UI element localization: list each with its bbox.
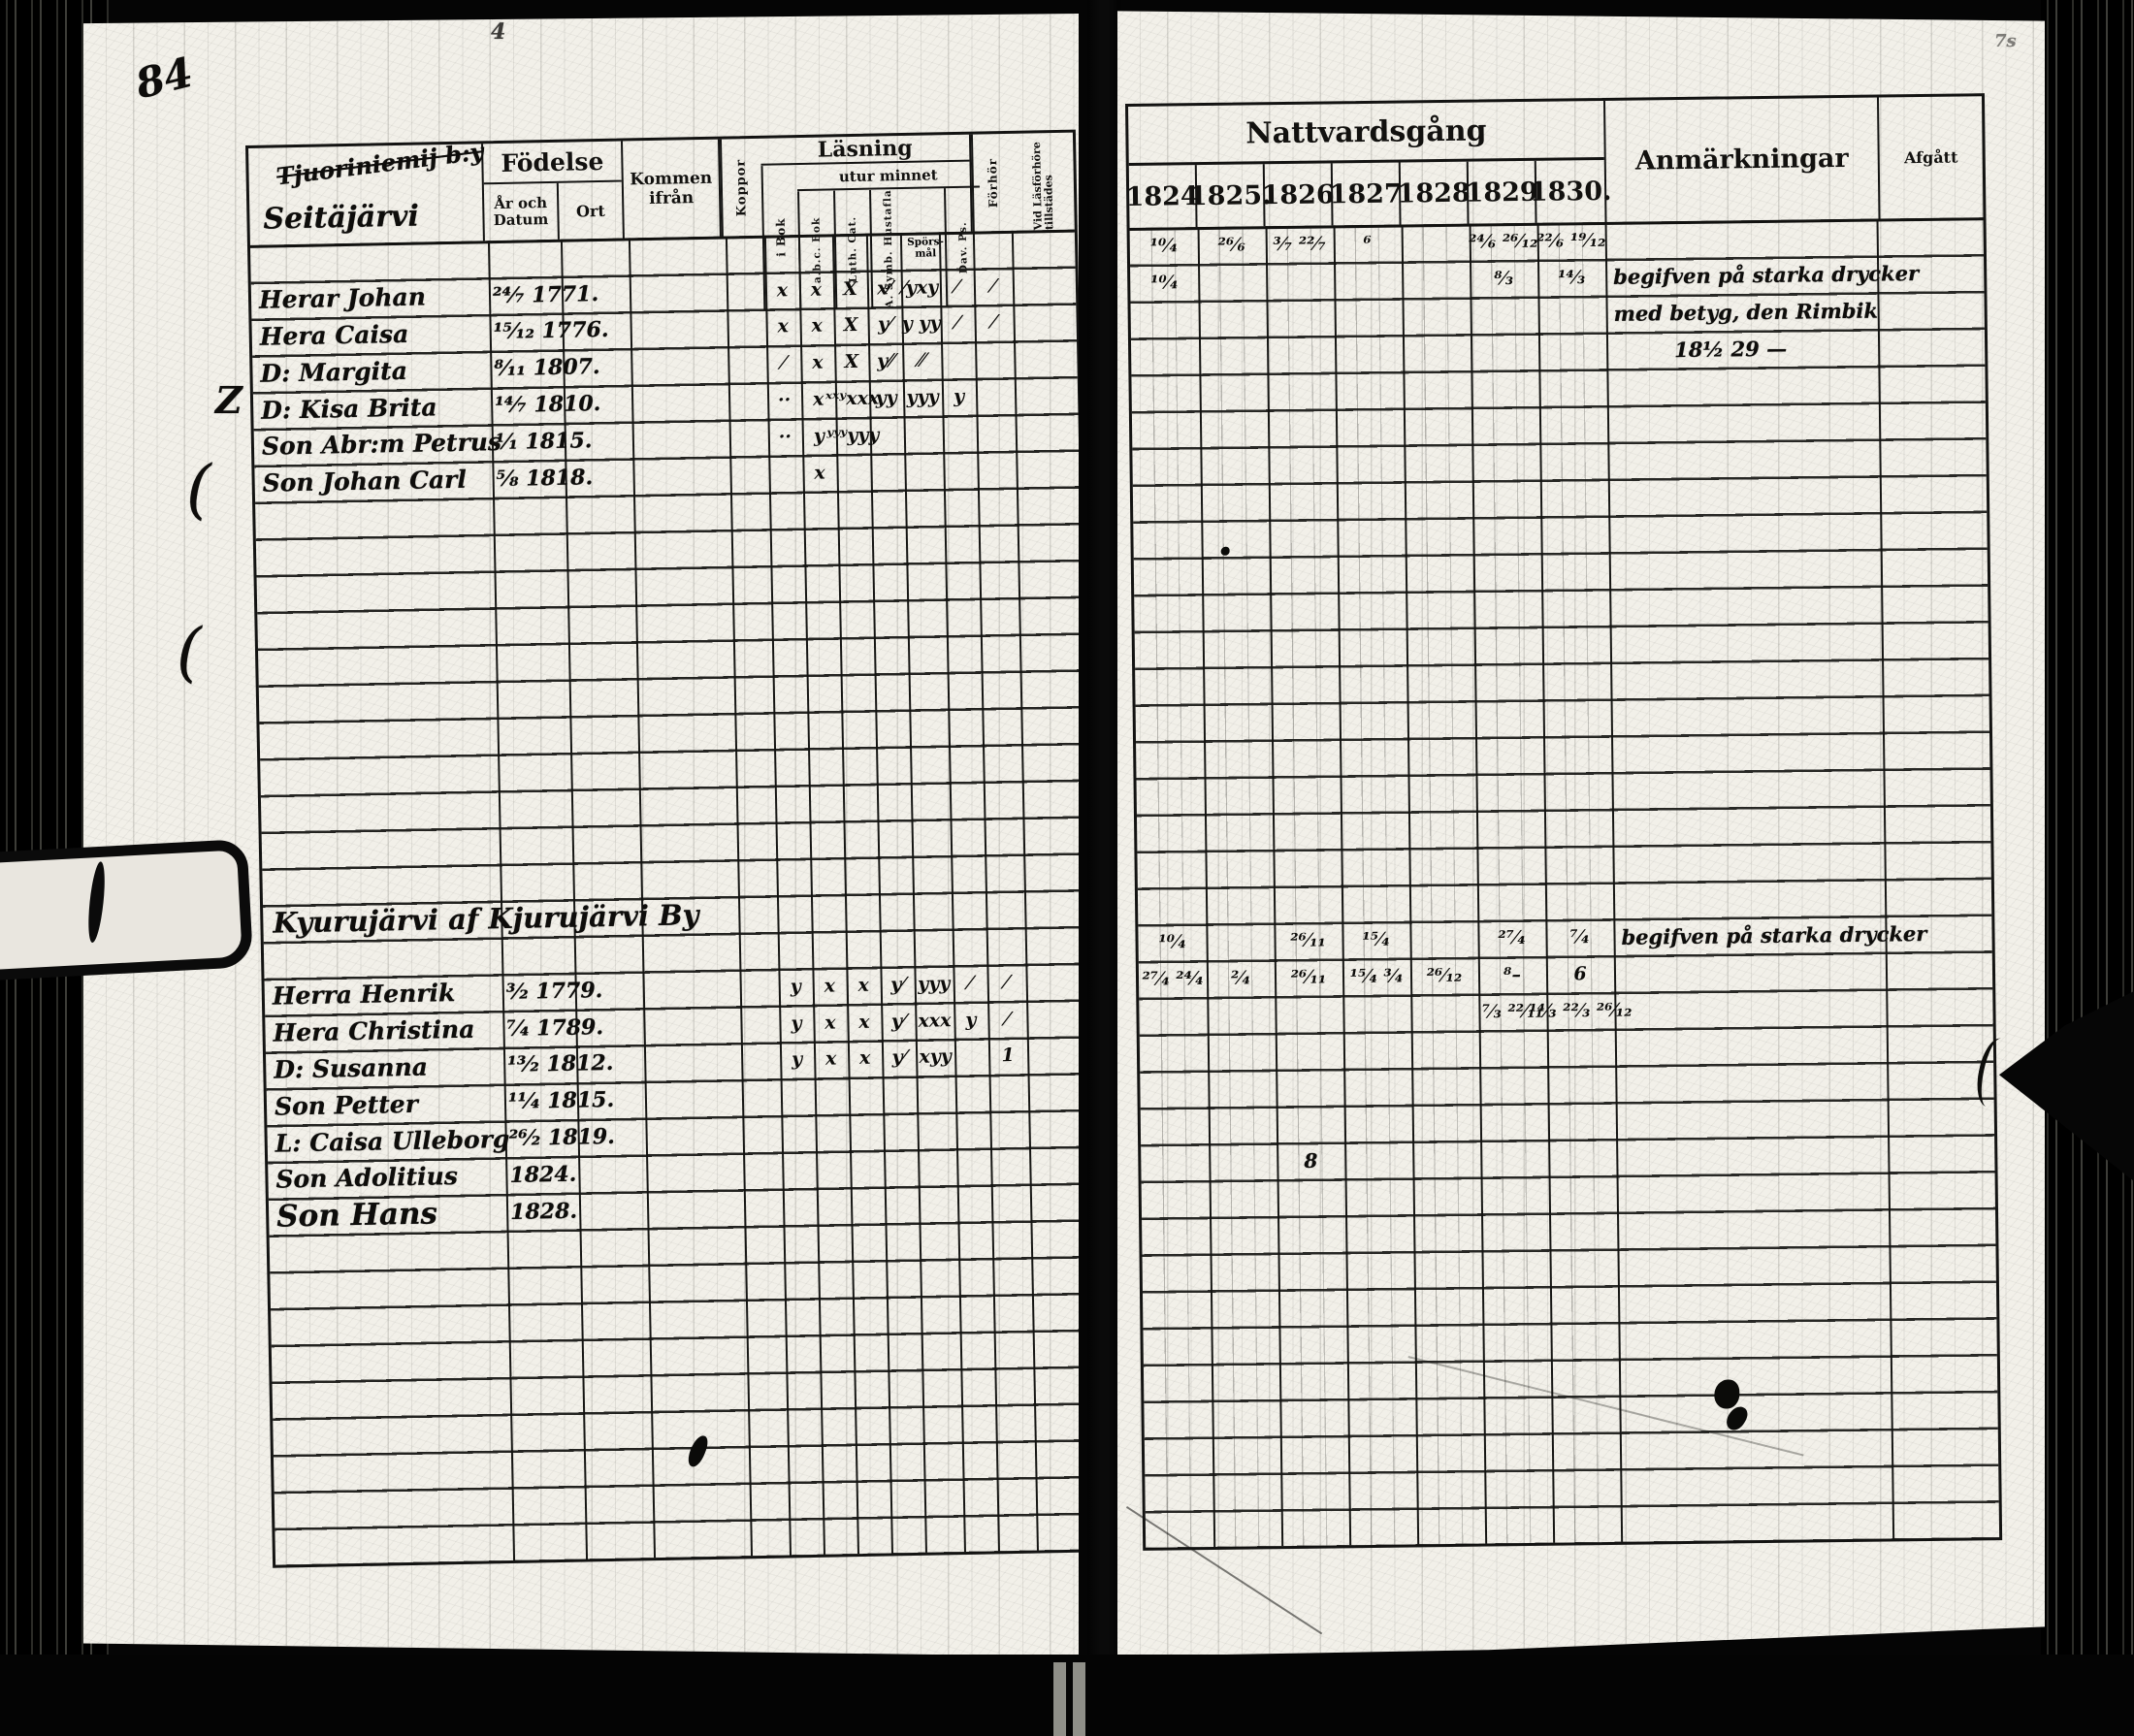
reading-mark: ·· bbox=[768, 426, 802, 448]
birth-date: ⁷⁄₄ 1789. bbox=[506, 1008, 648, 1047]
year-header: 1825. bbox=[1197, 164, 1266, 227]
reading-marks-row: xxXy⁄y yy⁄⁄ bbox=[765, 303, 1077, 345]
by-heart-header: utur minnet bbox=[796, 161, 979, 191]
village-section-header: Kyurujärvi af Kjurujärvi By bbox=[273, 896, 720, 942]
reading-mark bbox=[1014, 321, 1077, 322]
reading-mark: y⁄⁄ bbox=[868, 350, 902, 372]
communion-dates-row: ¹⁰⁄₄²⁶⁄₆³⁄₇ ²²⁄₇⁶²⁴⁄₆ ²⁶⁄₁₂²²⁄₆ ¹⁹⁄₁₂ bbox=[1130, 222, 1605, 265]
communion-date: ¹⁵⁄₄ ³⁄₄ bbox=[1342, 965, 1410, 987]
communion-date bbox=[1207, 1014, 1275, 1015]
birth-date: ²⁶⁄₂ 1819. bbox=[508, 1117, 650, 1157]
communion-date: ⁶ bbox=[1334, 232, 1402, 254]
reading-mark: ⁄ bbox=[940, 275, 974, 298]
birth-header: Födelse bbox=[483, 142, 622, 185]
reading-mark: yyy bbox=[915, 973, 954, 995]
communion-date: ¹⁰⁄₄ bbox=[1130, 272, 1198, 294]
year-subcolumn-lines bbox=[1130, 222, 1622, 1548]
reading-mark bbox=[1015, 395, 1078, 396]
reading-mark bbox=[904, 434, 943, 434]
reading-mark bbox=[1017, 467, 1080, 468]
communion-date: ¹⁰⁄₄ bbox=[1138, 931, 1206, 953]
ink-blot bbox=[685, 1433, 710, 1469]
reading-mark: ˣˣʸxxx bbox=[835, 388, 869, 410]
reading-mark bbox=[954, 1056, 988, 1057]
person-name: Son Johan Carl bbox=[262, 461, 491, 501]
reading-mark bbox=[944, 469, 978, 470]
reading-mark: x bbox=[848, 1047, 882, 1070]
ink-smudge bbox=[1714, 1379, 1739, 1408]
reading-mark bbox=[1016, 431, 1079, 432]
arrived-from-header: Kommen ifrån bbox=[623, 140, 722, 239]
folio-number: 84 bbox=[131, 48, 198, 109]
reading-marks-row: yxxy⁄xyy1 bbox=[780, 1036, 1091, 1078]
reading-mark: ⁄ bbox=[940, 312, 974, 335]
place-col-header: Ort bbox=[559, 182, 623, 240]
reading-mark: y bbox=[779, 1013, 813, 1035]
reading-mark: ⁄ bbox=[974, 311, 1013, 334]
reading-header-group: Läsning i Bok utur minnet a.b.c. Bok Lut… bbox=[760, 135, 973, 236]
person-name: Hera Christina bbox=[273, 1011, 501, 1051]
reading-mark: y⁄ bbox=[881, 974, 915, 996]
communion-date: ²⁶⁄₁₁ bbox=[1275, 966, 1342, 988]
place-name: Seitäjärvi bbox=[263, 200, 419, 237]
communion-date: ²⁷⁄₄ ²⁴⁄₄ bbox=[1139, 968, 1207, 990]
examination-header: Förhör bbox=[971, 134, 1014, 232]
year-header: 1829 bbox=[1469, 161, 1537, 224]
communion-dates-row: ¹⁰⁄₄²⁶⁄₁₁¹⁵⁄₄²⁷⁄₄⁷⁄₄ bbox=[1138, 918, 1613, 961]
communion-date bbox=[1410, 1012, 1478, 1013]
year-header: 1828 bbox=[1401, 162, 1470, 225]
person-name: Hera Caisa bbox=[259, 314, 488, 355]
communion-date: ³⁄₇ ²²⁄₇ bbox=[1266, 233, 1334, 255]
left-page: 84 4 Z ( ( Tjuoriniemij b:y Seitäjärvi F… bbox=[83, 14, 1079, 1656]
communion-date: ²⁄₄ bbox=[1207, 967, 1275, 989]
communion-date bbox=[1402, 242, 1470, 243]
reading-mark bbox=[941, 360, 975, 361]
remark-text: med betyg, den Rimbik bbox=[1613, 292, 1904, 332]
communion-date bbox=[1410, 939, 1478, 940]
communion-date: ¹⁴⁄₃ ²²⁄₃ ²⁶⁄₁₂ bbox=[1546, 1000, 1614, 1022]
reading-mark bbox=[943, 433, 977, 434]
right-page: Nattvardsgång 18241825.18261827182818291… bbox=[1117, 8, 2045, 1656]
ink-dot bbox=[1221, 547, 1230, 556]
reading-mark: x bbox=[847, 974, 881, 996]
binding-thread bbox=[1073, 1662, 1085, 1736]
left-register-table: Tjuoriniemij b:y Seitäjärvi Födelse År o… bbox=[245, 130, 1103, 1568]
reading-mark bbox=[905, 470, 944, 471]
reading-mark: xxx bbox=[915, 1010, 954, 1032]
birth-date: ¹³⁄₂ 1812. bbox=[507, 1045, 649, 1084]
reading-mark: X bbox=[833, 314, 867, 337]
reading-mark: x bbox=[847, 1011, 881, 1033]
reading-mark bbox=[1014, 358, 1077, 359]
reading-mark bbox=[976, 396, 1015, 397]
reading-mark: ⁄yxy bbox=[901, 276, 940, 299]
communion-date: ²⁶⁄₆ bbox=[1198, 234, 1266, 256]
book-right-edge bbox=[2041, 0, 2134, 1736]
communion-date: ⁸– bbox=[1478, 964, 1546, 986]
reading-mark: y bbox=[779, 976, 813, 998]
book-clasp-strap-left bbox=[0, 839, 253, 981]
right-table-body: ¹⁰⁄₄²⁶⁄₆³⁄₇ ²²⁄₇⁶²⁴⁄₆ ²⁶⁄₁₂²²⁄₆ ¹⁹⁄₁₂ ¹⁰… bbox=[1130, 217, 2000, 1548]
left-table-header: Tjuoriniemij b:y Seitäjärvi Födelse År o… bbox=[248, 133, 1075, 248]
communion-header-group: Nattvardsgång 18241825.18261827182818291… bbox=[1128, 101, 1606, 228]
communion-date bbox=[1342, 1013, 1410, 1013]
communion-date: ¹⁵⁄₄ bbox=[1342, 929, 1409, 951]
communion-dates-row: ²⁷⁄₄ ²⁴⁄₄²⁄₄²⁶⁄₁₁¹⁵⁄₄ ³⁄₄²⁶⁄₁₂⁸–6 bbox=[1139, 955, 1614, 998]
reading-mark: ʸʸʸyyy bbox=[836, 425, 870, 447]
reading-marks-row: ⁄xXy⁄⁄⁄⁄ bbox=[766, 339, 1078, 382]
reading-mark: x bbox=[799, 278, 833, 301]
reading-mark: x bbox=[813, 975, 847, 997]
birth-date: ¹⁄₁ 1815. bbox=[496, 421, 637, 461]
reading-mark: ⁄ bbox=[974, 275, 1013, 298]
reading-mark bbox=[978, 468, 1017, 469]
birth-date: ³⁄₂ 1779. bbox=[505, 971, 647, 1011]
person-name: D: Kisa Brita bbox=[261, 387, 490, 428]
corner-scribble: 7s bbox=[1994, 31, 2017, 51]
birth-date: ⁸⁄₁₁ 1807. bbox=[494, 348, 635, 388]
reading-mark: y⁄ bbox=[881, 1011, 915, 1033]
communion-date bbox=[1334, 279, 1402, 280]
reading-mark: x⁄ bbox=[867, 277, 901, 300]
remark-text: begifven på starka drycker bbox=[1621, 915, 1912, 954]
reading-mark bbox=[837, 471, 871, 472]
reading-mark: ·· bbox=[767, 389, 801, 411]
departed-header: Afgått bbox=[1879, 96, 1984, 218]
stray-number: 8 bbox=[1277, 1141, 1344, 1179]
reading-marks-row: ··yʸʸʸyyy bbox=[768, 413, 1080, 456]
reading-mark: y bbox=[780, 1048, 814, 1071]
communion-date: ⁷⁄₄ bbox=[1545, 926, 1613, 948]
communion-date: ¹⁴⁄₃ bbox=[1537, 267, 1605, 289]
person-name: Son Petter bbox=[275, 1083, 503, 1124]
reading-mark: x bbox=[813, 1012, 847, 1034]
communion-date bbox=[1207, 941, 1275, 942]
communion-date: ²⁶⁄₁₂ bbox=[1410, 965, 1478, 987]
reading-marks-row: xxXx⁄⁄yxy⁄⁄ bbox=[765, 266, 1077, 308]
reading-mark: x bbox=[814, 1048, 848, 1071]
birth-date: ¹⁴⁄₇ 1810. bbox=[495, 385, 636, 425]
reading-mark bbox=[871, 471, 905, 472]
reading-mark: ⁄⁄ bbox=[902, 350, 941, 372]
reading-mark bbox=[769, 473, 803, 474]
remarks-header: Anmärkningar bbox=[1605, 98, 1881, 222]
reading-mark: y yy bbox=[901, 313, 940, 336]
birth-date: ¹¹⁄₄ 1815. bbox=[508, 1081, 650, 1121]
reading-mark: ⁄ bbox=[987, 972, 1026, 994]
reading-mark: x bbox=[799, 315, 833, 338]
reading-mark: x bbox=[765, 316, 799, 338]
year-date-header: År och Datum bbox=[484, 183, 560, 241]
reading-mark: xyy bbox=[916, 1046, 954, 1069]
reading-mark: X bbox=[834, 351, 868, 373]
present-at-exam-header: Vid Läsförhöre tillstädes bbox=[1012, 133, 1075, 231]
reading-marks-row: ··xˣˣʸxxxyyyyyy bbox=[767, 376, 1079, 419]
scratched-place-name: Tjuoriniemij b:y bbox=[275, 137, 485, 190]
person-name: Herra Henrik bbox=[272, 974, 501, 1014]
birth-date: 1828. bbox=[510, 1191, 652, 1231]
reading-marks-row: x bbox=[768, 449, 1080, 492]
person-name: Son Adolitius bbox=[275, 1157, 504, 1198]
year-header: 1824 bbox=[1129, 165, 1198, 228]
communion-dates-row: ¹⁰⁄₄⁸⁄₃¹⁴⁄₃ bbox=[1130, 259, 1605, 302]
reading-mark bbox=[1013, 284, 1076, 285]
communion-date bbox=[1198, 281, 1266, 282]
reading-mark: x bbox=[800, 352, 834, 374]
margin-paren-lower: ( bbox=[177, 615, 202, 690]
remark-text: 18½ 29 — bbox=[1674, 328, 1965, 368]
birth-date: ⁵⁄₈ 1818. bbox=[496, 458, 637, 498]
communion-date: ²⁷⁄₄ bbox=[1477, 927, 1545, 949]
reading-mark bbox=[977, 433, 1016, 434]
household-header-cell: Tjuoriniemij b:y Seitäjärvi bbox=[248, 144, 485, 245]
communion-date: ²⁴⁄₆ ²⁶⁄₁₂ bbox=[1470, 231, 1537, 253]
right-table-header: Nattvardsgång 18241825.18261827182818291… bbox=[1128, 96, 1983, 231]
year-header: 1830. bbox=[1536, 160, 1605, 223]
reading-mark: ⁄ bbox=[954, 972, 987, 994]
person-name: D: Margita bbox=[260, 351, 489, 392]
year-header: 1826 bbox=[1265, 163, 1334, 226]
reading-mark: y bbox=[954, 1009, 987, 1031]
communion-date: 6 bbox=[1546, 963, 1614, 985]
reading-mark: yyy bbox=[903, 386, 942, 408]
communion-date bbox=[1402, 278, 1470, 279]
communion-date: ⁸⁄₃ bbox=[1470, 268, 1537, 290]
communion-date: ¹⁰⁄₄ bbox=[1130, 235, 1198, 257]
year-headers: 18241825.18261827182818291830. bbox=[1129, 160, 1605, 228]
reading-mark: x bbox=[802, 462, 836, 484]
birth-date: ²⁴⁄₇ 1771. bbox=[493, 274, 634, 314]
communion-date: ²²⁄₆ ¹⁹⁄₁₂ bbox=[1537, 230, 1605, 252]
right-register-table: Nattvardsgång 18241825.18261827182818291… bbox=[1125, 93, 2002, 1551]
reading-marks-row: yxxy⁄xxxy⁄ bbox=[779, 999, 1090, 1042]
book-bottom-edge bbox=[0, 1655, 2134, 1736]
reading-header: Läsning bbox=[760, 135, 969, 166]
communion-date bbox=[1266, 280, 1334, 281]
person-name: L: Caisa Ulleborg bbox=[275, 1120, 503, 1161]
communion-date: ²⁶⁄₁₁ bbox=[1274, 929, 1342, 951]
communion-date bbox=[1139, 1015, 1207, 1016]
birth-header-group: Födelse År och Datum Ort bbox=[483, 142, 625, 241]
year-header: 1827 bbox=[1333, 163, 1402, 226]
birth-date: ¹⁵⁄₁₂ 1776. bbox=[493, 311, 634, 351]
smallpox-header: Koppor bbox=[720, 139, 762, 237]
reading-mark: y⁄ bbox=[882, 1046, 916, 1069]
margin-z-mark: Z bbox=[215, 378, 242, 422]
reading-marks-row: yxxy⁄yyy⁄⁄ bbox=[778, 962, 1089, 1005]
reading-mark: X bbox=[833, 277, 867, 300]
top-scribble: 4 bbox=[491, 19, 505, 45]
communion-header: Nattvardsgång bbox=[1128, 101, 1604, 166]
reading-mark: y bbox=[942, 386, 976, 408]
reading-mark: 1 bbox=[988, 1045, 1027, 1067]
person-name: D: Susanna bbox=[274, 1047, 502, 1088]
communion-dates-row: ⁷⁄₃ ²²⁄₁₁¹⁴⁄₃ ²²⁄₃ ²⁶⁄₁₂ bbox=[1139, 992, 1614, 1035]
reading-mark: ⁄ bbox=[987, 1008, 1026, 1030]
reading-mark: ⁄ bbox=[766, 352, 800, 374]
person-name: Son Hans bbox=[276, 1194, 505, 1235]
communion-date bbox=[1275, 1013, 1342, 1014]
person-name: Herar Johan bbox=[259, 277, 488, 318]
person-name: Son Abr:m Petrus bbox=[262, 424, 491, 465]
birth-date: 1824. bbox=[509, 1154, 651, 1194]
reading-mark bbox=[975, 359, 1014, 360]
reading-mark: y⁄ bbox=[867, 314, 901, 337]
left-table-body: Herar Johan ²⁴⁄₇ 1771. xxXx⁄⁄yxy⁄⁄ Hera … bbox=[250, 230, 1100, 1565]
binding-thread bbox=[1053, 1662, 1066, 1736]
reading-mark: yy bbox=[869, 387, 903, 409]
reading-mark: x bbox=[765, 279, 799, 302]
remark-text: begifven på starka drycker bbox=[1613, 255, 1904, 295]
margin-paren-upper: ( bbox=[186, 452, 211, 527]
